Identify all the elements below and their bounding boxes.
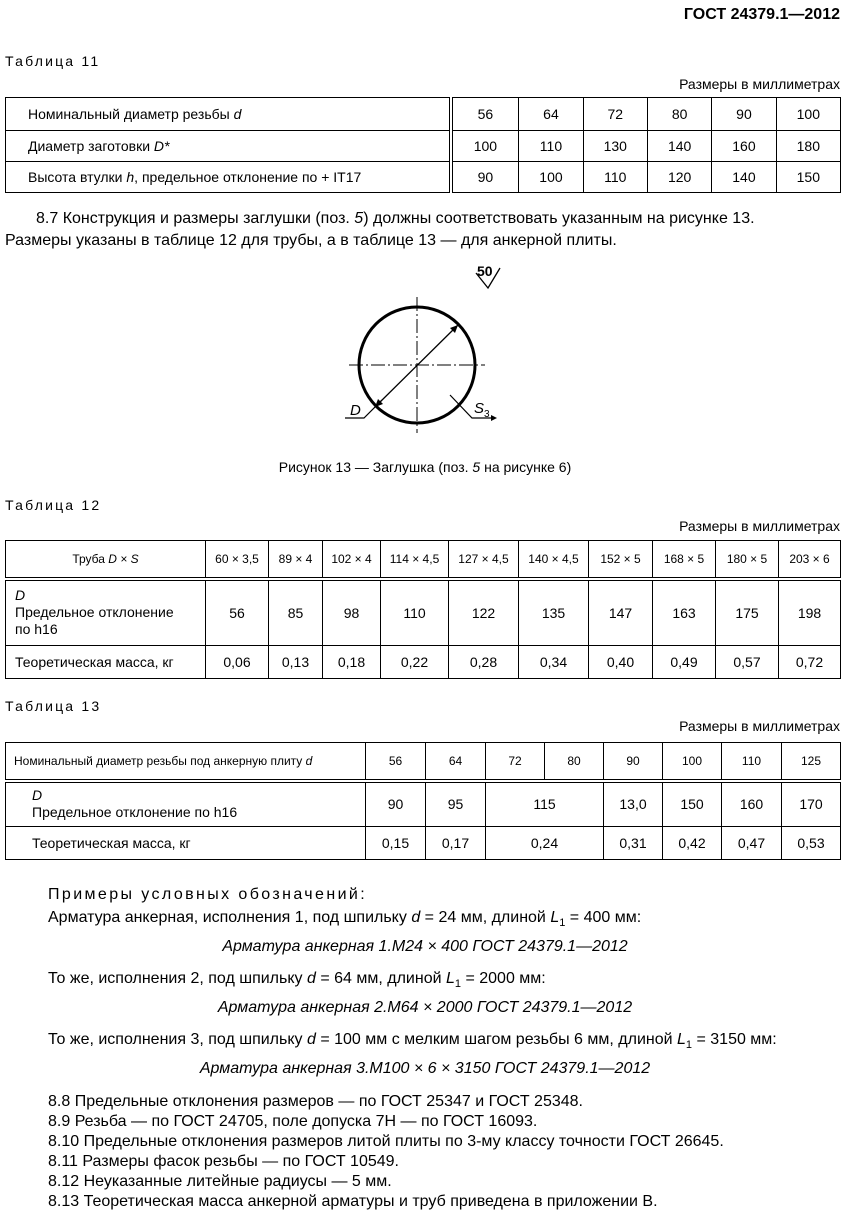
cell: 90 bbox=[451, 162, 519, 193]
table-row: Высота втулки h, предельное отклонение п… bbox=[6, 162, 841, 193]
example-1-text: Арматура анкерная, исполнения 1, под шпи… bbox=[48, 909, 641, 929]
cell: 64 bbox=[519, 98, 583, 131]
column-header: 110 bbox=[722, 743, 782, 781]
cell: 160 bbox=[712, 131, 776, 162]
clause-8-10: 8.10 Предельные отклонения размеров лито… bbox=[48, 1133, 724, 1151]
table-11-caption: Таблица 11 bbox=[5, 53, 100, 69]
figure-13-drawing: 50 D S 3 bbox=[300, 255, 550, 455]
cell: 0,15 bbox=[366, 827, 426, 860]
example-3-text: То же, исполнения 3, под шпильку d = 100… bbox=[48, 1031, 777, 1051]
cell: 180 bbox=[776, 131, 840, 162]
cell: 100 bbox=[776, 98, 840, 131]
column-header: 203 × 6 bbox=[779, 541, 841, 579]
table-13-units: Размеры в миллиметрах bbox=[679, 718, 840, 734]
cell: 56 bbox=[206, 579, 269, 646]
cell: 160 bbox=[722, 781, 782, 827]
column-header: 127 × 4,5 bbox=[449, 541, 519, 579]
table-12-caption: Таблица 12 bbox=[5, 497, 101, 513]
cell: 130 bbox=[583, 131, 647, 162]
table-row: Теоретическая масса, кг 0,06 0,13 0,18 0… bbox=[6, 646, 841, 679]
paragraph-8-7-line2: Размеры указаны в таблице 12 для трубы, … bbox=[5, 232, 617, 250]
cell: 140 bbox=[712, 162, 776, 193]
cell: 115 bbox=[486, 781, 604, 827]
table-13-caption: Таблица 13 bbox=[5, 698, 101, 714]
clause-8-8: 8.8 Предельные отклонения размеров — по … bbox=[48, 1093, 583, 1111]
cell: 150 bbox=[663, 781, 722, 827]
cell: 56 bbox=[451, 98, 519, 131]
cell: 110 bbox=[583, 162, 647, 193]
cell: 147 bbox=[589, 579, 653, 646]
clause-8-13: 8.13 Теоретическая масса анкерной армату… bbox=[48, 1193, 658, 1211]
examples-title: Примеры условных обозначений: bbox=[48, 886, 367, 904]
label-d: D bbox=[350, 402, 361, 419]
cell: 122 bbox=[449, 579, 519, 646]
column-header: 168 × 5 bbox=[653, 541, 716, 579]
table-11: Номинальный диаметр резьбы d 56 64 72 80… bbox=[5, 97, 841, 193]
column-header: 152 × 5 bbox=[589, 541, 653, 579]
column-header: 89 × 4 bbox=[269, 541, 323, 579]
table-row: DПредельное отклонениепо h16 56 85 98 11… bbox=[6, 579, 841, 646]
row-label: DПредельное отклонениепо h16 bbox=[6, 579, 206, 646]
row-label: DПредельное отклонение по h16 bbox=[6, 781, 366, 827]
cell: 0,18 bbox=[323, 646, 381, 679]
table-row: Номинальный диаметр резьбы d 56 64 72 80… bbox=[6, 98, 841, 131]
example-2-text: То же, исполнения 2, под шпильку d = 64 … bbox=[48, 970, 546, 990]
cell: 0,24 bbox=[486, 827, 604, 860]
arrow-head-icon bbox=[491, 415, 497, 421]
example-1-designation: Арматура анкерная 1.М24 × 400 ГОСТ 24379… bbox=[0, 938, 850, 956]
table-12-units: Размеры в миллиметрах bbox=[679, 518, 840, 534]
column-header: 125 bbox=[782, 743, 841, 781]
column-header: 114 × 4,5 bbox=[381, 541, 449, 579]
cell: 100 bbox=[519, 162, 583, 193]
cell: 163 bbox=[653, 579, 716, 646]
cell: 0,53 bbox=[782, 827, 841, 860]
cell: 13,0 bbox=[604, 781, 663, 827]
cell: 0,42 bbox=[663, 827, 722, 860]
cell: 0,06 bbox=[206, 646, 269, 679]
cell: 0,22 bbox=[381, 646, 449, 679]
cell: 0,57 bbox=[716, 646, 779, 679]
column-header: 102 × 4 bbox=[323, 541, 381, 579]
cell: 95 bbox=[426, 781, 486, 827]
example-2-designation: Арматура анкерная 2.М64 × 2000 ГОСТ 2437… bbox=[0, 999, 850, 1017]
table-12: Труба D × S 60 × 3,5 89 × 4 102 × 4 114 … bbox=[5, 540, 841, 679]
row-label: Теоретическая масса, кг bbox=[6, 646, 206, 679]
cell: 150 bbox=[776, 162, 840, 193]
label-s3-subscript: 3 bbox=[484, 409, 490, 420]
paragraph-8-7-line1: 8.7 Конструкция и размеры заглушки (поз.… bbox=[36, 210, 755, 228]
clause-8-9: 8.9 Резьба — по ГОСТ 24705, поле допуска… bbox=[48, 1113, 537, 1131]
table-row: DПредельное отклонение по h16 90 95 115 … bbox=[6, 781, 841, 827]
cell: 100 bbox=[451, 131, 519, 162]
column-header: 60 × 3,5 bbox=[206, 541, 269, 579]
table-row: Диаметр заготовки D* 100 110 130 140 160… bbox=[6, 131, 841, 162]
column-header: 80 bbox=[545, 743, 604, 781]
cell: 90 bbox=[366, 781, 426, 827]
cell: 175 bbox=[716, 579, 779, 646]
header-label: Номинальный диаметр резьбы под анкерную … bbox=[6, 743, 366, 781]
cell: 98 bbox=[323, 579, 381, 646]
cell: 0,49 bbox=[653, 646, 716, 679]
cell: 90 bbox=[712, 98, 776, 131]
column-header: 72 bbox=[486, 743, 545, 781]
cell: 80 bbox=[647, 98, 711, 131]
column-header: 100 bbox=[663, 743, 722, 781]
table-13: Номинальный диаметр резьбы под анкерную … bbox=[5, 742, 841, 860]
cell: 0,17 bbox=[426, 827, 486, 860]
table-header-row: Труба D × S 60 × 3,5 89 × 4 102 × 4 114 … bbox=[6, 541, 841, 579]
cell: 0,34 bbox=[519, 646, 589, 679]
cell: 110 bbox=[381, 579, 449, 646]
cell: 110 bbox=[519, 131, 583, 162]
header-label: Труба D × S bbox=[6, 541, 206, 579]
column-header: 90 bbox=[604, 743, 663, 781]
column-header: 64 bbox=[426, 743, 486, 781]
figure-13-caption: Рисунок 13 — Заглушка (поз. 5 на рисунке… bbox=[0, 459, 850, 475]
row-label: Теоретическая масса, кг bbox=[6, 827, 366, 860]
cell: 0,31 bbox=[604, 827, 663, 860]
column-header: 140 × 4,5 bbox=[519, 541, 589, 579]
cell: 0,40 bbox=[589, 646, 653, 679]
column-header: 180 × 5 bbox=[716, 541, 779, 579]
table-row: Теоретическая масса, кг 0,15 0,17 0,24 0… bbox=[6, 827, 841, 860]
table-11-units: Размеры в миллиметрах bbox=[679, 76, 840, 92]
clause-8-11: 8.11 Размеры фасок резьбы — по ГОСТ 1054… bbox=[48, 1153, 399, 1171]
cell: 0,28 bbox=[449, 646, 519, 679]
cell: 170 bbox=[782, 781, 841, 827]
cell: 0,72 bbox=[779, 646, 841, 679]
document-code: ГОСТ 24379.1—2012 bbox=[684, 6, 840, 24]
cell: 135 bbox=[519, 579, 589, 646]
column-header: 56 bbox=[366, 743, 426, 781]
label-s3: S bbox=[474, 400, 484, 417]
cell: 0,47 bbox=[722, 827, 782, 860]
cell: 198 bbox=[779, 579, 841, 646]
example-3-designation: Арматура анкерная 3.М100 × 6 × 3150 ГОСТ… bbox=[0, 1060, 850, 1078]
row-label: Номинальный диаметр резьбы d bbox=[6, 98, 451, 131]
table-header-row: Номинальный диаметр резьбы под анкерную … bbox=[6, 743, 841, 781]
cell: 0,13 bbox=[269, 646, 323, 679]
cell: 120 bbox=[647, 162, 711, 193]
row-label: Диаметр заготовки D* bbox=[6, 131, 451, 162]
row-label: Высота втулки h, предельное отклонение п… bbox=[6, 162, 451, 193]
cell: 72 bbox=[583, 98, 647, 131]
cell: 85 bbox=[269, 579, 323, 646]
cell: 140 bbox=[647, 131, 711, 162]
clause-8-12: 8.12 Неуказанные литейные радиусы — 5 мм… bbox=[48, 1173, 392, 1191]
